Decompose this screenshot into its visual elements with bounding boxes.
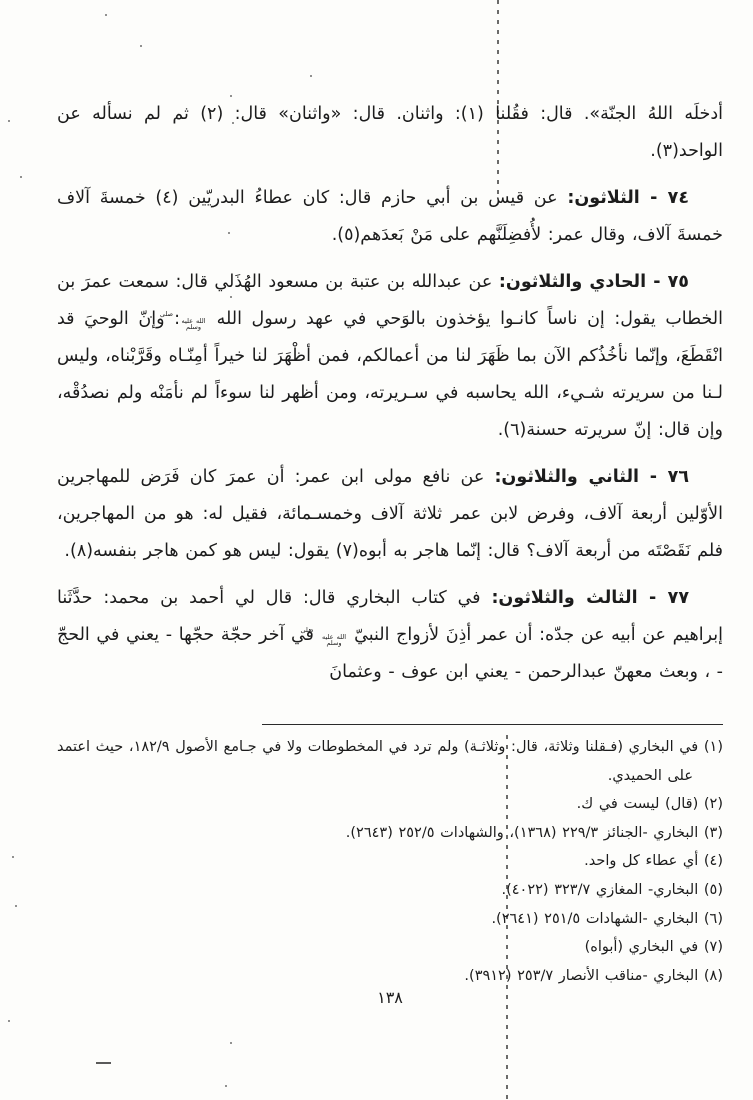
body-text-block: أدخلَه اللهُ الجنّة». قال: فقُلنا (١): و… [57,96,723,701]
footnote-8: (٨) البخاري -مناقب الأنصار ٢٥٣/٧ (٣٩١٢). [57,962,723,991]
footnote-6: (٦) البخاري -الشهادات ٢٥١/٥ (٢٦٤١). [57,905,723,934]
footnote-4-marker: (٤) [704,853,723,869]
page-number: ١٣٨ [57,988,723,1007]
footnote-4-text: أي عطاء كل واحد. [584,853,698,869]
scan-speck [20,176,22,178]
footnote-7-text: في البخاري (أبواه) [585,939,699,955]
hadith-74: ٧٤ - الثلاثون: عن قيس بن أبي حازم قال: ك… [57,180,723,254]
footnote-area: (١) في البخاري (فـقلنا وثلاثة، قال: وثلا… [57,724,723,990]
scanned-book-page: أدخلَه اللهُ الجنّة». قال: فقُلنا (١): و… [0,0,753,1100]
footnote-6-text: البخاري -الشهادات ٢٥١/٥ (٢٦٤١). [491,911,698,927]
footnote-5-marker: (٥) [704,882,723,898]
hadith-75-heading: ٧٥ - الحادي والثلاثون: [499,272,689,292]
footnote-1-marker: (١) [704,739,723,755]
footnote-2-text: (قال) ليست في ك. [577,796,699,812]
scan-speck [15,905,17,907]
continuation-text: أدخلَه اللهُ الجنّة». قال: فقُلنا (١): و… [57,104,723,161]
scan-speck [140,45,142,47]
footnote-7-marker: (٧) [704,939,723,955]
scan-speck [225,1085,227,1087]
scan-speck [310,75,312,77]
footnote-7: (٧) في البخاري (أبواه) [57,933,723,962]
footnote-3: (٣) البخاري -الجنائز ٢٢٩/٣ (١٣٦٨)، والشه… [57,819,723,848]
footnote-4: (٤) أي عطاء كل واحد. [57,847,723,876]
scan-speck [105,14,107,16]
footnote-1: (١) في البخاري (فـقلنا وثلاثة، قال: وثلا… [57,733,723,790]
footnote-2-marker: (٢) [704,796,723,812]
footnote-5-text: البخاري- المغازي ٣٢٣/٧ (٤٠٢٢). [501,882,698,898]
footnote-8-text: البخاري -مناقب الأنصار ٢٥٣/٧ (٣٩١٢). [464,968,698,984]
hadith-77: ٧٧ - الثالث والثلاثون: في كتاب البخاري ق… [57,580,723,691]
hadith-76: ٧٦ - الثاني والثلاثون: عن نافع مولى ابن … [57,459,723,570]
footnote-6-marker: (٦) [704,911,723,927]
scan-tick-mark [96,1062,111,1064]
hadith-75: ٧٥ - الحادي والثلاثون: عن عبدالله بن عتب… [57,264,723,449]
footnote-3-text: البخاري -الجنائز ٢٢٩/٣ (١٣٦٨)، والشهادات… [346,825,698,841]
footnote-3-marker: (٣) [704,825,723,841]
salla-honorific-seal: صلى الله عليه وسلم [180,311,207,331]
footnote-5: (٥) البخاري- المغازي ٣٢٣/٧ (٤٠٢٢). [57,876,723,905]
footnote-1-text: في البخاري (فـقلنا وثلاثة، قال: وثلاثـة)… [57,739,698,784]
salla-honorific-seal: صلى الله عليه وسلم [321,627,348,647]
scan-speck [8,120,10,122]
footnote-separator-line [262,724,723,725]
paragraph-continuation: أدخلَه اللهُ الجنّة». قال: فقُلنا (١): و… [57,96,723,170]
footnote-8-marker: (٨) [704,968,723,984]
hadith-74-heading: ٧٤ - الثلاثون: [567,188,689,208]
scan-speck [8,1020,10,1022]
footnote-2: (٢) (قال) ليست في ك. [57,790,723,819]
scan-speck [230,1042,232,1044]
scan-speck [12,856,14,858]
hadith-76-heading: ٧٦ - الثاني والثلاثون: [494,467,689,487]
hadith-77-heading: ٧٧ - الثالث والثلاثون: [491,588,689,608]
